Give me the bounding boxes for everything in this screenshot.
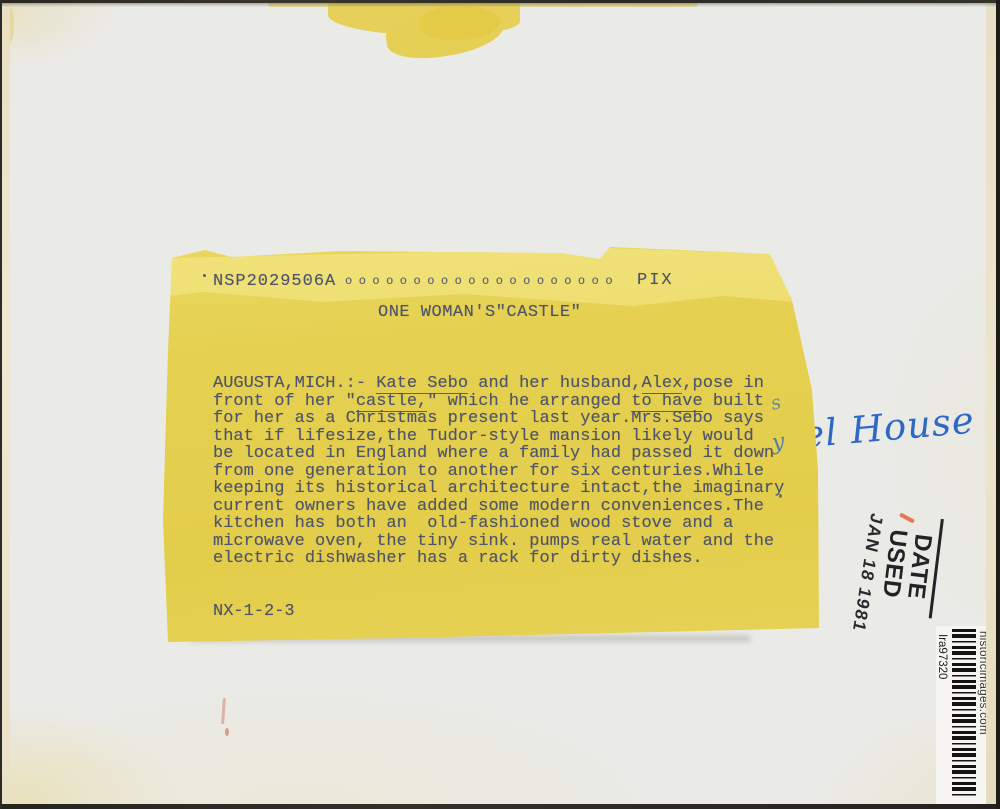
caption-body: AUGUSTA,MICH.:- Kate Sebo and her husban… [213,375,784,568]
agency-mark: PIX [637,271,674,290]
separator-dots: oooooooooooooooooooo [345,274,619,288]
scan-edge-bottom [0,804,1000,809]
caption-line: that if lifesize,the Tudor-style mansion… [213,428,784,446]
scan-edge-left-border [2,0,10,809]
caption-footer-line: see NSP2029506,B,C,D,E [213,708,784,726]
scan-edge-right-border [986,0,996,809]
caption-line: front of her "castle," which he arranged… [213,393,784,411]
scan-edge-left [0,0,2,809]
caption-footer-line: NX-1-2-3 [213,603,784,621]
red-speck [221,698,226,724]
caption-line: electric dishwasher has a rack for dirty… [213,550,784,568]
caption-line: kitchen has both an old-fashioned wood s… [213,515,784,533]
photo-id: NSP2029506A [213,272,336,291]
photo-verso-scan: el House NSP2029506A ooooooooooooooooooo… [0,0,1000,809]
caption-line: AUGUSTA,MICH.:- Kate Sebo and her husban… [213,375,784,393]
vendor-label-id: Ira97320 [936,634,948,679]
caption-line: current owners have added some modern co… [213,498,784,516]
ink-speck [779,494,782,498]
red-speck [225,728,229,736]
caption-header: NSP2029506A oooooooooooooooooooo PIX [213,272,793,292]
caption-line: from one generation to another for six c… [213,463,784,481]
handwritten-note: el House [800,399,976,457]
caption-title: ONE WOMAN'S"CASTLE" [378,303,581,322]
caption-slip: NSP2029506A oooooooooooooooooooo PIX ONE… [161,246,823,646]
caption-text-block: AUGUSTA,MICH.:- Kate Sebo and her husban… [213,340,784,760]
caption-line: be located in England where a family had… [213,445,784,463]
scan-edge-top-fade [0,3,1000,7]
typed-caption: NSP2029506A oooooooooooooooooooo PIX ONE… [161,246,823,646]
caption-line: microwave oven, the tiny sink. pumps rea… [213,533,784,551]
caption-line: for her as a Christmas present last year… [213,410,784,428]
scan-edge-right [996,0,1000,809]
caption-footer-line: CREDIT: UPI 12-26-80 jo/Thomas Harm [213,655,784,673]
barcode [952,629,976,797]
ink-dot [203,274,206,277]
caption-line: keeping its historical architecture inta… [213,480,784,498]
